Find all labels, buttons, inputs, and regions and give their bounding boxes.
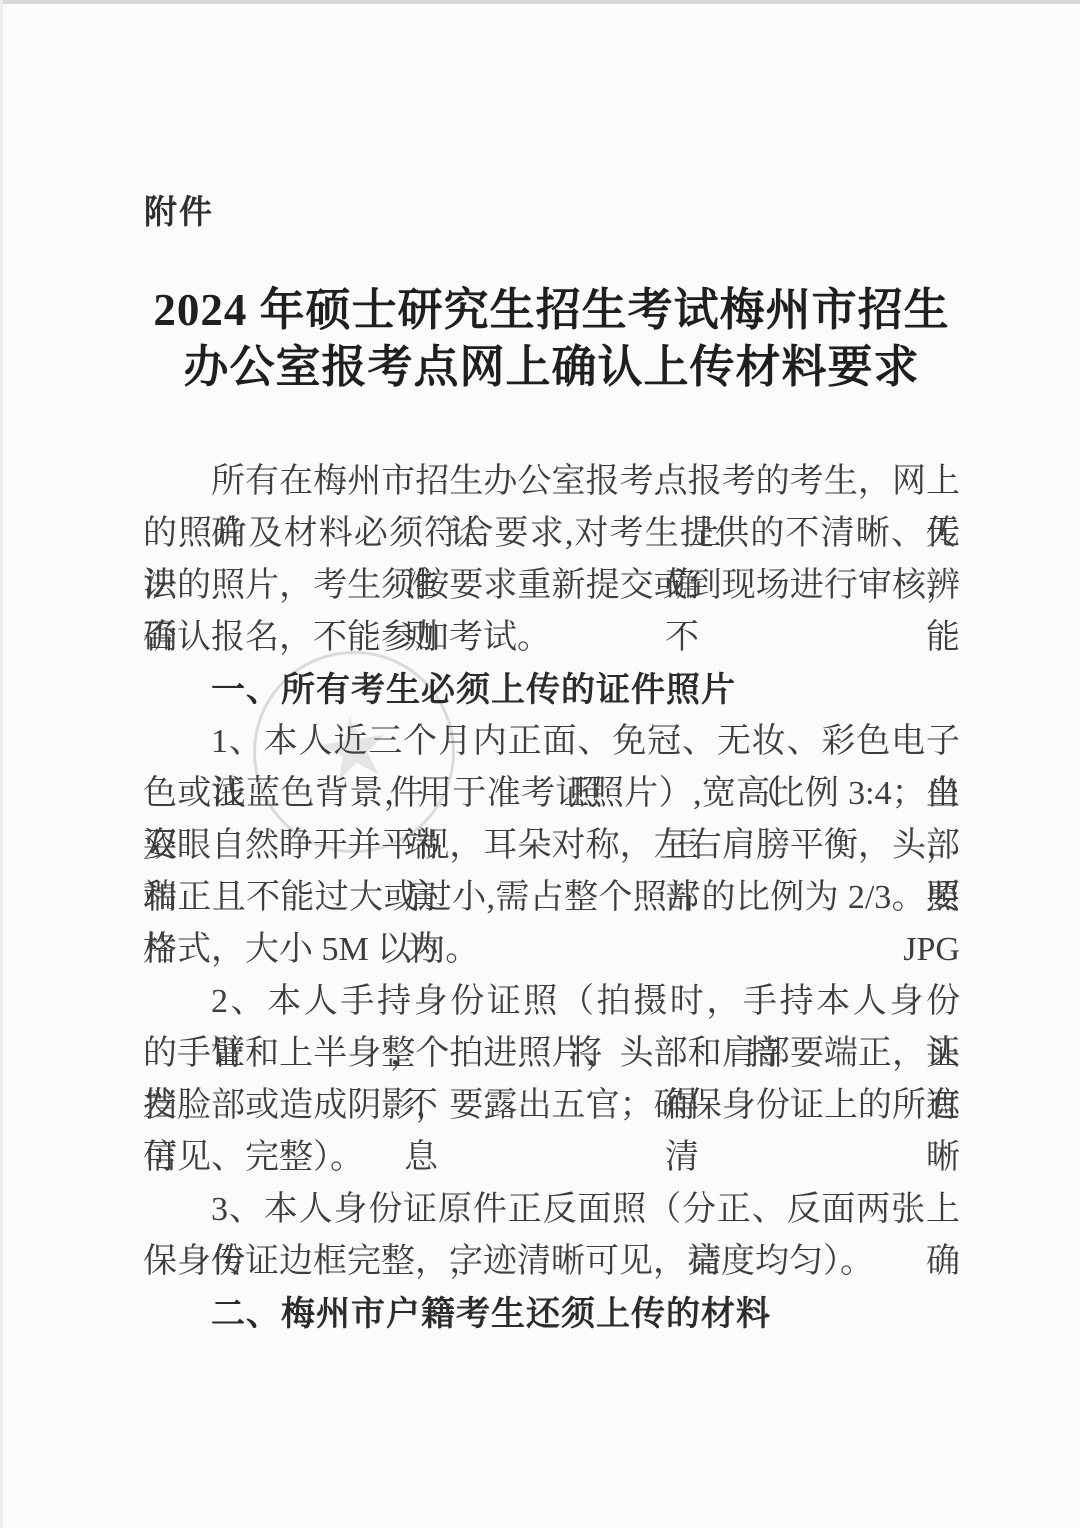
section-heading: 一、所有考生必须上传的证件照片 [143, 664, 960, 716]
document-body: 所有在梅州市招生办公室报考点报考的考生，网上确认上传的照片及材料必须符合要求,对… [143, 0, 960, 1528]
body-line: 可见、完整）。 [143, 1132, 960, 1184]
photo-left-edge [0, 0, 3, 1528]
body-line: 格式，大小 5M 以内。 [143, 924, 960, 976]
section-heading: 二、梅州市户籍考生还须上传的材料 [143, 1288, 960, 1340]
body-line: 保身份证边框完整，字迹清晰可见，亮度均匀）。 [143, 1236, 960, 1288]
body-line: 确认报名，不能参加考试。 [143, 612, 960, 664]
document-page: ★ 附件 2024 年硕士研究生招生考试梅州市招生 办公室报考点网上确认上传材料… [0, 0, 1080, 1528]
